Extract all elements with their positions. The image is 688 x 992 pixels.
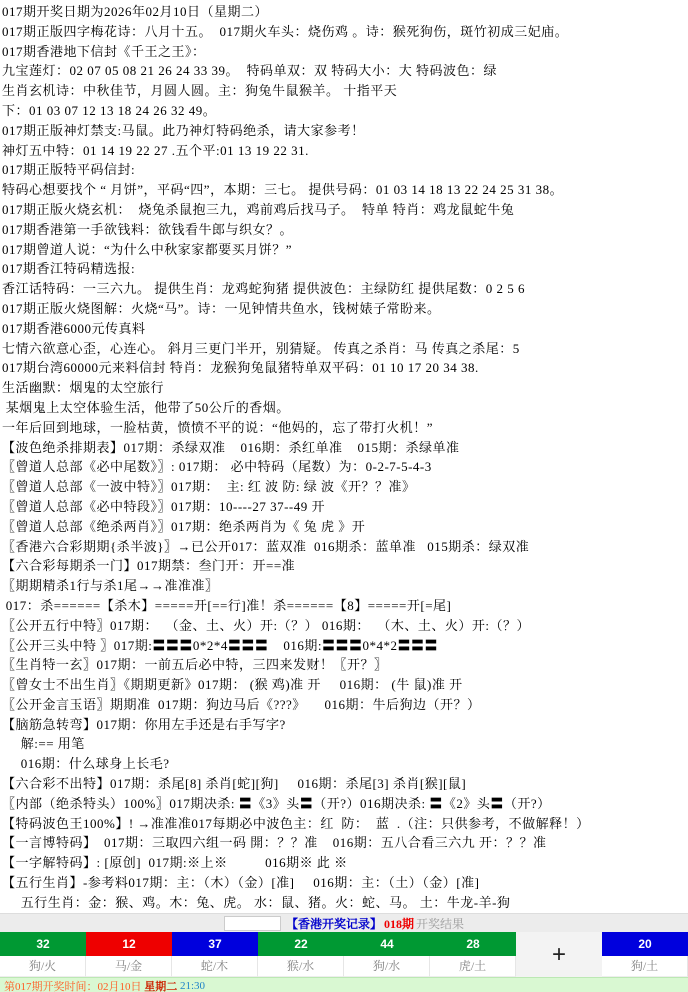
text-line: 【六合彩不出特】017期：杀尾[8] 杀肖[蛇][狗] 016期：杀尾[3] 杀… — [2, 774, 688, 794]
ball-zodiac-label: 猴/水 — [258, 956, 344, 977]
text-line: 〖曾道人总部《绝杀两肖》〗017期：绝杀两肖为《 兔 虎 》开 — [2, 517, 688, 537]
text-line: 〖曾道人总部《一波中特》〗017期： 主: 红 波 防: 绿 波《开？？准》 — [2, 477, 688, 497]
text-line: 〖曾道人总部《必中特段》〗017期：10----27 37--49 开 — [2, 497, 688, 517]
text-line: 017期正版神灯禁支:马鼠。此乃神灯特码绝杀，请大家参考！ — [2, 121, 688, 141]
text-line: 一年后回到地球，一脸枯黄，愤愤不平的说：“他妈的，忘了带打火机！” — [2, 418, 688, 438]
record-title-link[interactable]: 【香港开奖记录】 — [286, 915, 382, 932]
text-line: 【波色绝杀排期表】017期：杀绿双准 016期：杀红单准 015期：杀绿单准 — [2, 438, 688, 458]
ball-number: 37 — [172, 932, 258, 956]
text-line: 017：杀======【杀木】=====开[==行]准！杀======【8】==… — [2, 596, 688, 616]
text-line: 【六合彩每期杀一门】017期禁：叁门开：开==准 — [2, 556, 688, 576]
drawn-ball: 32狗/火 — [0, 932, 86, 977]
text-line: 017期正版四字梅花诗：八月十五。 017期火车头：烧伤鸡 。诗：猴死狗伤，斑竹… — [2, 22, 688, 42]
next-draw-weekday-label: 星期二 — [144, 978, 177, 992]
ball-number: 12 — [86, 932, 172, 956]
text-line: 【脑筋急转弯】017期：你用左手还是右手写字? — [2, 715, 688, 735]
text-line: 016期：什么球身上长毛? — [2, 754, 688, 774]
text-line: 017期香港第一手欲钱料：欲钱看牛郎与织女？。 — [2, 220, 688, 240]
plus-button[interactable]: + — [516, 932, 602, 977]
text-line: 香江话特码：一三六九。 提供生肖：龙鸡蛇狗猪 提供波色：主绿防红 提供尾数：0 … — [2, 279, 688, 299]
status-bar: 第017期开奖时间：02月10日 星期二 21:30 — [0, 977, 688, 992]
text-line: 017期香港地下信封《千王之王》： — [2, 42, 688, 62]
text-line: 017期正版特平码信封: — [2, 160, 688, 180]
ball-zodiac-label: 狗/火 — [0, 956, 86, 977]
text-line: 神灯五中特：01 14 19 22 27 .五个平:01 13 19 22 31… — [2, 141, 688, 161]
text-line: 【五行生肖】-参考料017期：主：（木）（金）[准] 016期：主：（土）（金）… — [2, 873, 688, 893]
next-draw-time-label: 21:30 — [177, 980, 205, 992]
ball-zodiac-label: 狗/水 — [344, 956, 430, 977]
text-line: 特码心想要找个 “ 月饼”，平码“四”，本期：三七。 提供号码：01 03 14… — [2, 180, 688, 200]
drawn-ball: 44狗/水 — [344, 932, 430, 977]
drawn-ball: 37蛇/木 — [172, 932, 258, 977]
record-bar: 【香港开奖记录】 018期 开奖结果 — [0, 913, 688, 932]
special-ball: 20狗/土 — [602, 932, 688, 977]
text-line: 017期正版火烧图解：火烧“马”。诗：一见钟情共鱼水，钱树婊子常盼来。 — [2, 299, 688, 319]
text-line: 【一字解特码】: [原创] 017期:※上※ 016期※ 此 ※ — [2, 853, 688, 873]
tips-text: 017期开奖日期为2026年02月10日（星期二）017期正版四字梅花诗：八月十… — [0, 0, 688, 913]
text-line: 017期香港6000元传真料 — [2, 319, 688, 339]
text-line: 〖香港六合彩期期{杀半波}〗→已公开017：蓝双准 016期杀：蓝单准 015期… — [2, 537, 688, 557]
text-line: 【特码波色王100%】! →准准准017每期必中波色主：红 防： 蓝 .（注：只… — [2, 814, 688, 834]
text-line: 某烟鬼上太空体验生活，他带了50公斤的香烟。 — [2, 398, 688, 418]
text-line: 〖曾道人总部《必中尾数》〗: 017期： 必中特码（尾数）为：0-2-7-5-4… — [2, 457, 688, 477]
text-line: 解:== 用笔 — [2, 734, 688, 754]
draw-results: 32狗/火12马/金37蛇/木22猴/水44狗/水28虎/土+20狗/土 — [0, 932, 688, 977]
ball-number: 20 — [602, 932, 688, 956]
text-line: 【一言博特码】 017期：三取四六组一码 開：？？准 016期：五八合看三六九 … — [2, 833, 688, 853]
ball-number: 28 — [430, 932, 516, 956]
text-line: 〖公开五行中特〗017期： （金、土、火）开:（？） 016期： （木、土、火）… — [2, 616, 688, 636]
text-line: 七情六欲意心歪，心连心。 斜月三更门半开，别猜疑。 传真之杀肖：马 传真之杀尾：… — [2, 339, 688, 359]
record-box — [224, 916, 281, 931]
ball-number: 32 — [0, 932, 86, 956]
ball-zodiac-label: 马/金 — [86, 956, 172, 977]
text-line: 〖曾女士不出生肖〗《期期更新》017期： (猴 鸡)准 开 016期： (牛 鼠… — [2, 675, 688, 695]
text-line: 〖内部（绝杀特头）100%〗017期决杀: 〓《3》头〓（开?）016期决杀: … — [2, 794, 688, 814]
text-line: 017期开奖日期为2026年02月10日（星期二） — [2, 2, 688, 22]
text-line: 〖公开金言玉语〗期期准 017期：狗边马后《???》 016期：牛后狗边（开？） — [2, 695, 688, 715]
drawn-ball: 22猴/水 — [258, 932, 344, 977]
text-line: 五行生肖：金：猴、鸡。木：兔、虎。 水：鼠、猪。火：蛇、马。 土：牛龙-羊-狗 — [2, 893, 688, 913]
ball-number: 22 — [258, 932, 344, 956]
text-line: 生肖玄机诗：中秋佳节，月圆人圆。主：狗兔牛鼠猴羊。 十指平天 — [2, 81, 688, 101]
text-line: 017期香江特码精选报: — [2, 259, 688, 279]
text-line: 017期正版火烧玄机： 烧兔杀鼠抱三九，鸡前鸡后找马子。 特单 特肖：鸡龙鼠蛇牛… — [2, 200, 688, 220]
text-line: 九宝莲灯：02 07 05 08 21 26 24 33 39。 特码单双：双 … — [2, 61, 688, 81]
text-line: 〖生肖特一玄〗017期：一前五后必中特，三四来发财！〖开？〗 — [2, 655, 688, 675]
text-line: 017期曾道人说：“为什么中秋家家都要买月饼？” — [2, 240, 688, 260]
ball-zodiac-label: 狗/土 — [602, 956, 688, 977]
lottery-tips-page: 017期开奖日期为2026年02月10日（星期二）017期正版四字梅花诗：八月十… — [0, 0, 688, 992]
text-line: 下：01 03 07 12 13 18 24 26 32 49。 — [2, 101, 688, 121]
record-result-label: 开奖结果 — [416, 915, 464, 932]
text-line: 生活幽默：烟鬼的太空旅行 — [2, 378, 688, 398]
text-line: 017期台湾60000元来料信封 特肖：龙猴狗兔鼠猪特单双平码：01 10 17… — [2, 358, 688, 378]
ball-zodiac-label: 蛇/木 — [172, 956, 258, 977]
drawn-ball: 12马/金 — [86, 932, 172, 977]
text-line: 〖期期精杀1行与杀1尾→→准准准〗 — [2, 576, 688, 596]
ball-number: 44 — [344, 932, 430, 956]
next-draw-date-label: 第017期开奖时间：02月10日 — [4, 978, 144, 992]
text-line: 〖公开三头中特 〗017期:〓〓〓0*2*4〓〓〓 016期:〓〓〓0*4*2〓… — [2, 636, 688, 656]
ball-zodiac-label: 虎/土 — [430, 956, 516, 977]
drawn-ball: 28虎/土 — [430, 932, 516, 977]
record-issue-label: 018期 — [384, 915, 414, 932]
